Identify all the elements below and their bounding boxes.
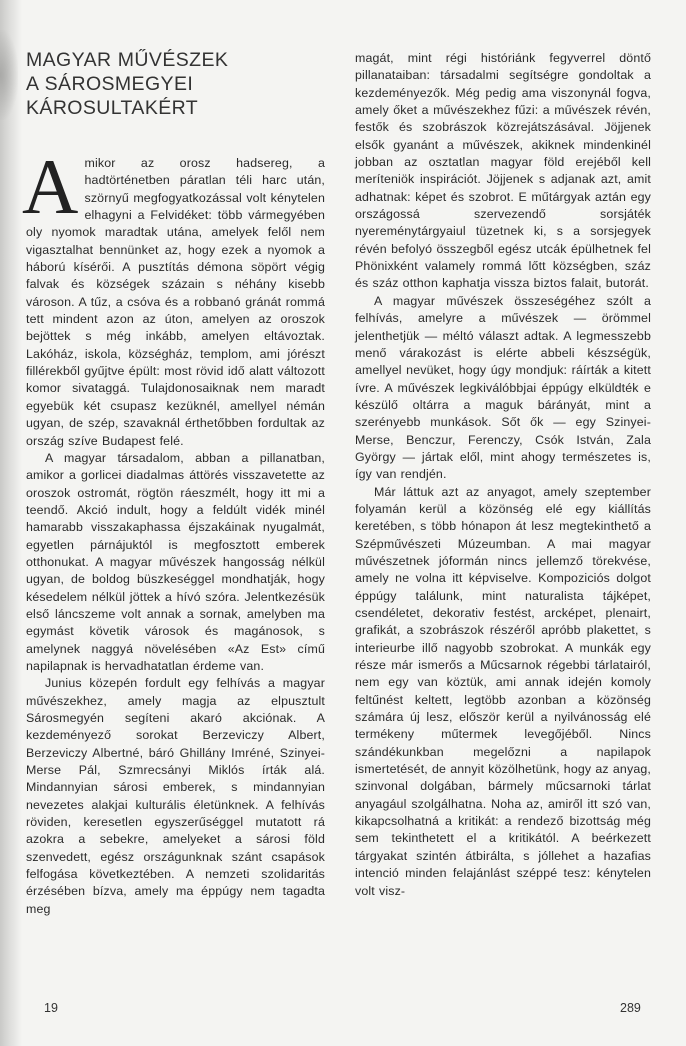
left-column: MAGYAR MŰVÉSZEK A SÁROSMEGYEI KÁROSULTAK…	[26, 42, 325, 918]
drop-cap: A	[22, 157, 78, 209]
page-gutter-shadow	[0, 0, 22, 1046]
paragraph-1: Amikor az orosz hadsereg, a hadtörténetb…	[26, 155, 325, 450]
paragraph-4: magát, mint régi históriánk fegyverrel d…	[355, 50, 651, 293]
title-line-2: A SÁROSMEGYEI	[26, 72, 325, 96]
right-column: magát, mint régi históriánk fegyverrel d…	[355, 50, 651, 900]
article-title: MAGYAR MŰVÉSZEK A SÁROSMEGYEI KÁROSULTAK…	[26, 48, 325, 120]
paragraph-6: Már láttuk azt az anyagot, amely szeptem…	[355, 484, 651, 900]
paragraph-5: A magyar művészek összeségéhez szólt a f…	[355, 293, 651, 484]
page-number-right: 289	[620, 1001, 641, 1015]
title-line-1: MAGYAR MŰVÉSZEK	[26, 48, 325, 72]
paragraph-2: A magyar társadalom, abban a pillanatban…	[26, 450, 325, 675]
page-smudge	[0, 30, 18, 120]
page-number-left: 19	[44, 1001, 58, 1015]
paragraph-3: Junius közepén fordult egy felhívás a ma…	[26, 675, 325, 918]
title-line-3: KÁROSULTAKÉRT	[26, 96, 325, 120]
